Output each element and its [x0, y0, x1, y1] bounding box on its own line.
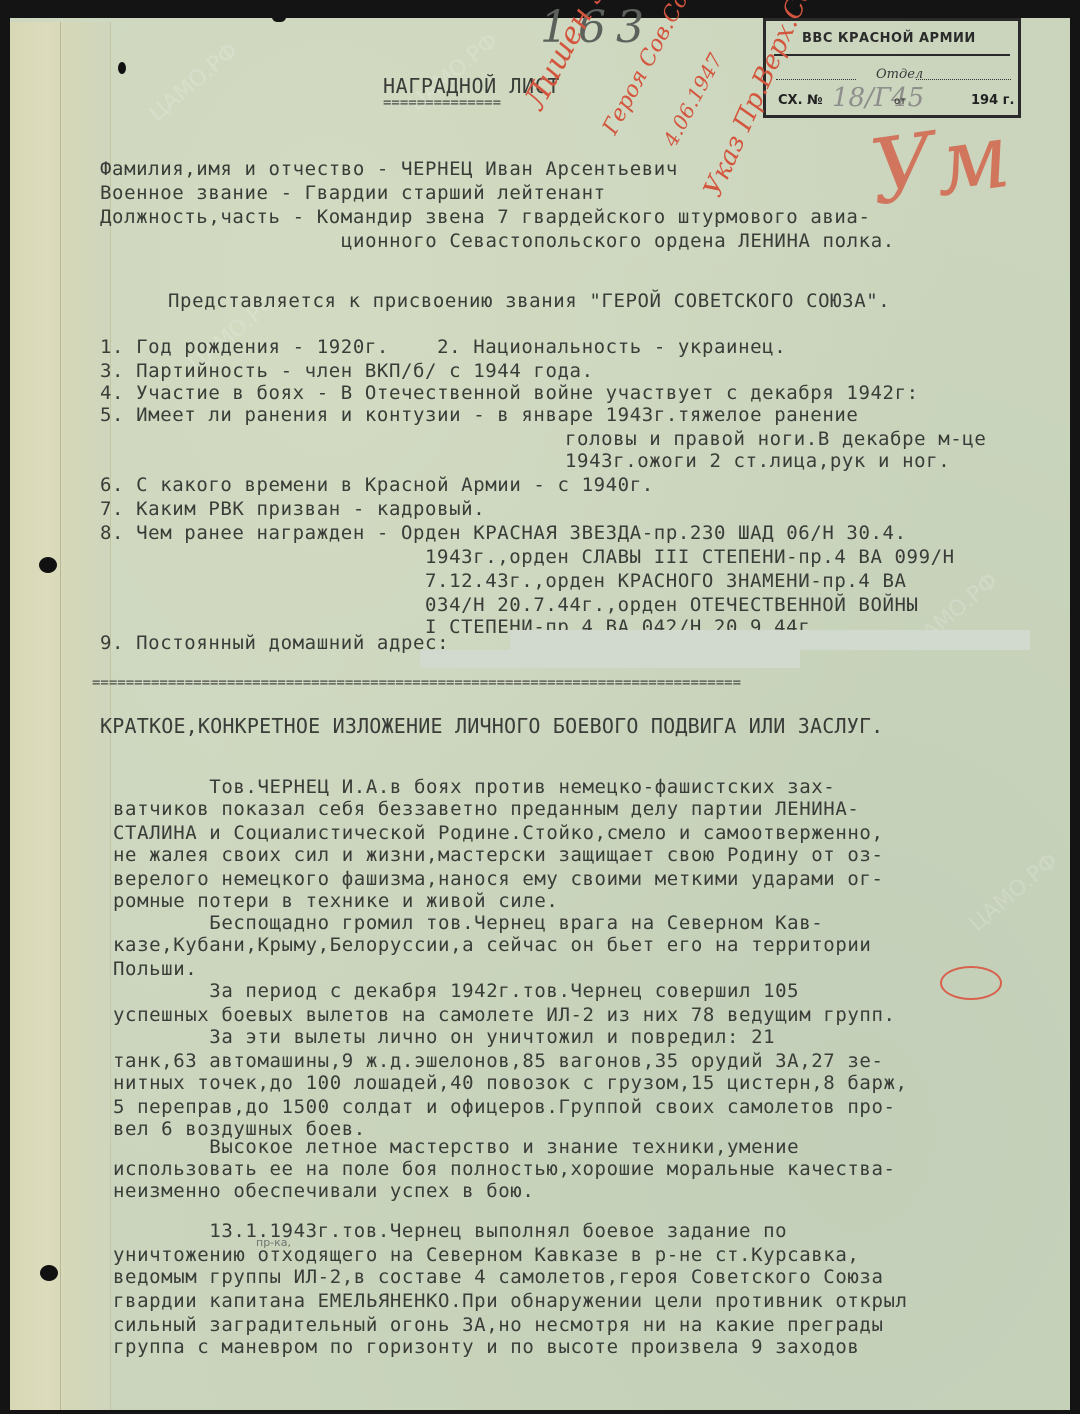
citation-line: неизменно обеспечивали успех в бою.: [113, 1182, 534, 1201]
field-rank: Военное звание - Гвардии старший лейтена…: [100, 184, 606, 203]
citation-line: группа с маневром по горизонту и по высо…: [113, 1338, 859, 1357]
citation-line: СТАЛИНА и Социалистической Родине.Стойко…: [113, 824, 884, 843]
item-1-birth-year: 1. Год рождения - 1920г. 2. Национальнос…: [100, 338, 786, 357]
position-value: Командир звена 7 гвардейского штурмового…: [317, 206, 871, 228]
citation-line: ромные потери в технике и живой силе.: [113, 892, 558, 911]
item-8-awards-cont: 7.12.43г.,орден КРАСНОГО ЗНАМЕНИ-пр.4 ВА: [425, 572, 907, 591]
citation-line: Высокое летное мастерство и знание техни…: [113, 1138, 799, 1157]
citation-line: нитных точек,до 100 лошадей,40 повозок с…: [113, 1074, 908, 1093]
item-5-wounds-cont: 1943г.ожоги 2 ст.лица,рук и ног.: [565, 452, 950, 471]
section-heading: КРАТКОЕ,КОНКРЕТНОЕ ИЗЛОЖЕНИЕ ЛИЧНОГО БОЕ…: [100, 716, 883, 736]
citation-line: За эти вылеты лично он уничтожил и повре…: [113, 1028, 775, 1047]
stamp-dotted-line: [916, 79, 1011, 80]
citation-line: использовать ее на поле боя полностью,хо…: [113, 1160, 896, 1179]
punch-hole: [40, 1265, 58, 1281]
punch-hole: [39, 557, 57, 573]
stamp-ref-number: 18/Г45: [832, 83, 924, 113]
citation-line: успешных боевых вылетов на самолете ИЛ-2…: [113, 1006, 896, 1025]
nomination-line: Представляется к присвоению звания "ГЕРО…: [168, 292, 890, 311]
citation-line: гвардии капитана ЕМЕЛЬЯНЕНКО.При обнаруж…: [113, 1292, 908, 1311]
item-8-awards-cont: 1943г.,орден СЛАВЫ III СТЕПЕНИ-пр.4 ВА 0…: [425, 548, 955, 567]
item-5-wounds-cont: головы и правой ноги.В декабре м-це: [565, 430, 986, 449]
stamp-ref-label: СХ. №: [778, 93, 823, 108]
rank-value: Гвардии старший лейтенант: [305, 182, 606, 204]
section-separator: ========================================…: [92, 676, 1072, 690]
stamp-from-label: от: [894, 96, 906, 107]
item-9-address: 9. Постоянный домашний адрес:: [100, 634, 449, 653]
citation-line: танк,63 автомашины,9 ж.д.эшелонов,85 ваг…: [113, 1052, 884, 1071]
citation-line: Польши.: [113, 960, 197, 979]
citation-line: верелого немецкого фашизма,нанося ему св…: [113, 870, 884, 889]
paper-notch: [272, 0, 286, 22]
stamp-header: ВВС КРАСНОЙ АРМИИ: [802, 31, 976, 46]
item-8-awards: 8. Чем ранее награжден - Орден КРАСНАЯ З…: [100, 524, 907, 543]
item-8-awards-cont: 034/Н 20.7.44г.,орден ОТЕЧЕСТВЕННОЙ ВОЙН…: [425, 596, 919, 615]
item-6-service-since: 6. С какого времени в Красной Армии - с …: [100, 476, 654, 495]
item-3-party: 3. Партийность - член ВКП/б/ с 1944 года…: [100, 362, 594, 381]
citation-line: ватчиков показал себя беззаветно преданн…: [113, 800, 859, 819]
redacted-address: [420, 650, 800, 668]
full-name-value: ЧЕРНЕЦ Иван Арсентьевич: [401, 158, 678, 180]
citation-line: 13.1.1943г.тов.Чернец выполнял боевое за…: [113, 1222, 787, 1241]
red-signature: Ум: [864, 111, 1015, 220]
redacted-address: [510, 630, 1030, 650]
fold-line: [60, 22, 61, 1410]
item-4-combat: 4. Участие в боях - В Отечественной войн…: [100, 384, 919, 403]
citation-line: ведомым группы ИЛ-2,в составе 4 самолето…: [113, 1268, 884, 1287]
citation-line: уничтожению отходящего на Северном Кавка…: [113, 1246, 859, 1265]
stamp-rule: [774, 54, 1010, 56]
citation-line: Тов.ЧЕРНЕЦ И.А.в боях против немецко-фаш…: [113, 778, 835, 797]
registry-stamp: ВВС КРАСНОЙ АРМИИ Отдел СХ. № 18/Г45 от …: [763, 18, 1021, 118]
citation-line: 5 переправ,до 1500 солдат и офицеров.Гру…: [113, 1098, 896, 1117]
citation-line: За период с декабря 1942г.тов.Чернец сов…: [113, 982, 799, 1001]
position-value-cont: ционного Севастопольского ордена ЛЕНИНА …: [341, 232, 895, 251]
citation-line: сильный заградительный огонь ЗА,но несмо…: [113, 1316, 884, 1335]
field-full-name: Фамилия,имя и отчество - ЧЕРНЕЦ Иван Арс…: [100, 160, 678, 179]
punch-hole: [118, 62, 126, 74]
citation-line: Беспощадно громил тов.Чернец врага на Се…: [113, 914, 823, 933]
item-5-wounds: 5. Имеет ли ранения и контузии - в январ…: [100, 406, 858, 425]
item-7-conscription: 7. Каким РВК призван - кадровый.: [100, 500, 485, 519]
citation-line: казе,Кубани,Крыму,Белоруссии,а сейчас он…: [113, 936, 871, 955]
stamp-dotted-line: [776, 79, 856, 80]
field-position: Должность,часть - Командир звена 7 гвард…: [100, 208, 871, 227]
circled-sorties-count: [940, 966, 1002, 1000]
pencil-insert: пр-ка,: [256, 1236, 291, 1249]
citation-line: не жалея своих сил и жизни,мастерски защ…: [113, 846, 884, 865]
